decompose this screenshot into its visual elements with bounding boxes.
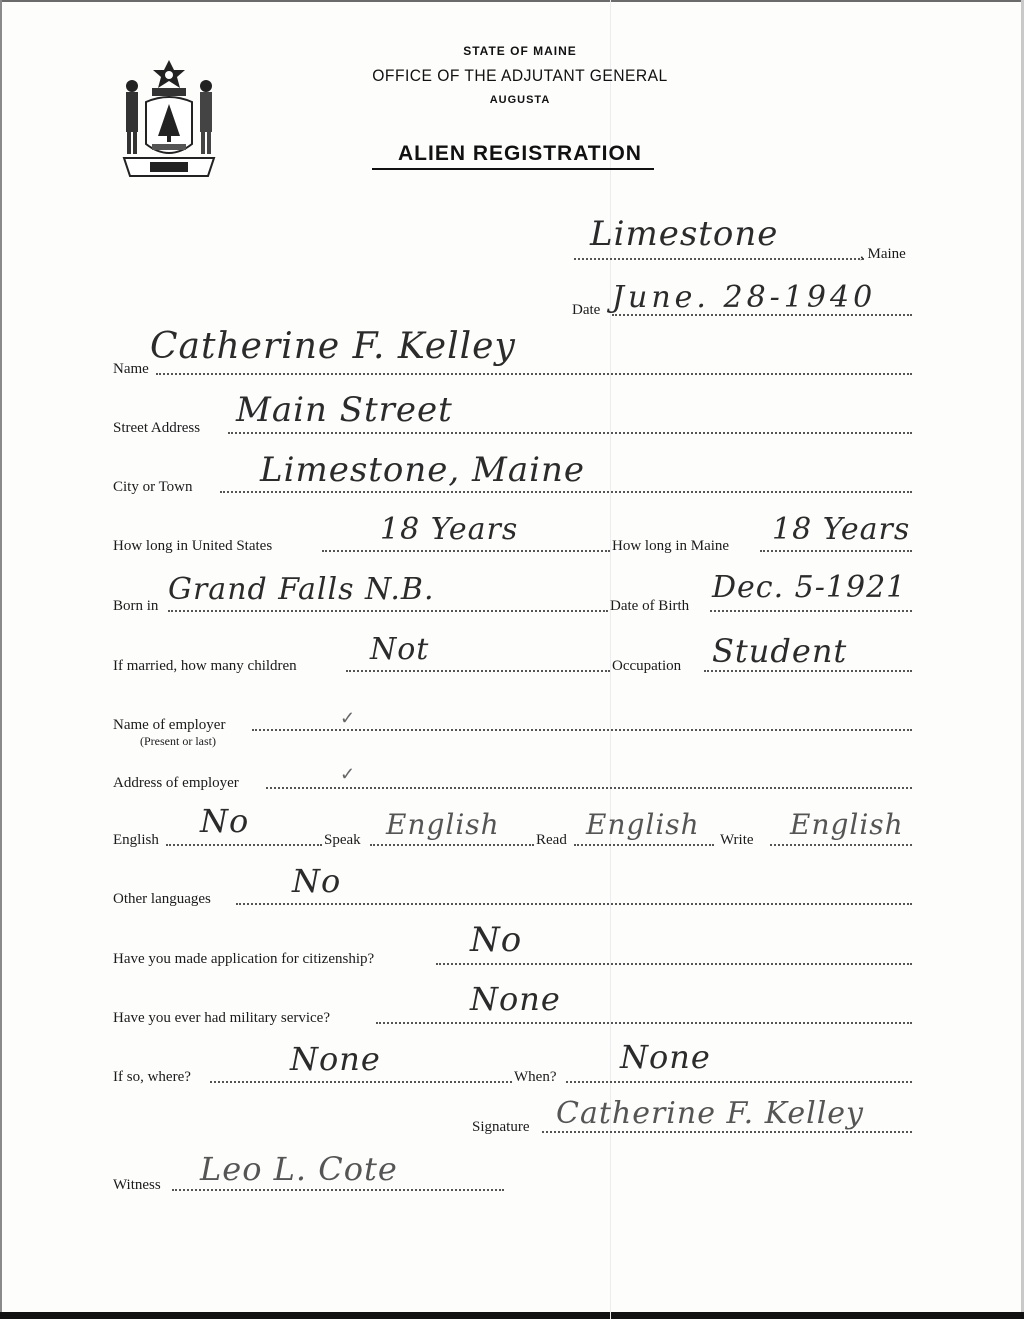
page-edge-left bbox=[0, 0, 2, 1319]
city-or-town-value: Limestone, Maine bbox=[260, 450, 585, 490]
header-city: AUGUSTA bbox=[350, 94, 690, 106]
town-line bbox=[574, 258, 864, 260]
street-address-line bbox=[228, 432, 912, 434]
how-long-maine-line bbox=[760, 550, 912, 552]
name-label: Name bbox=[113, 361, 149, 378]
header-state: STATE OF MAINE bbox=[350, 44, 690, 58]
english-label: English bbox=[113, 832, 159, 849]
employer-name-line bbox=[252, 729, 912, 731]
date-value: June. 28-1940 bbox=[612, 280, 876, 315]
employer-name-label: Name of employer bbox=[113, 717, 225, 734]
citizenship-value: No bbox=[470, 920, 522, 960]
header-office: OFFICE OF THE ADJUTANT GENERAL bbox=[364, 66, 677, 86]
read-value: English bbox=[586, 808, 700, 841]
signature-value: Catherine F. Kelley bbox=[556, 1096, 864, 1131]
city-or-town-label: City or Town bbox=[113, 479, 193, 496]
read-line bbox=[574, 844, 714, 846]
date-of-birth-line bbox=[710, 610, 912, 612]
speak-line bbox=[370, 844, 534, 846]
witness-line bbox=[172, 1189, 504, 1191]
how-long-maine-label: How long in Maine bbox=[612, 538, 729, 555]
page-edge-bottom bbox=[0, 1312, 1024, 1319]
witness-label: Witness bbox=[113, 1177, 161, 1194]
street-address-label: Street Address bbox=[113, 420, 200, 437]
maine-state-seal-icon bbox=[116, 58, 222, 182]
children-line bbox=[346, 670, 610, 672]
speak-value: English bbox=[386, 808, 500, 841]
born-in-label: Born in bbox=[113, 598, 158, 615]
where-label: If so, where? bbox=[113, 1069, 191, 1086]
employer-name-sublabel: (Present or last) bbox=[140, 734, 216, 749]
born-in-line bbox=[168, 610, 608, 612]
where-value: None bbox=[290, 1040, 381, 1078]
military-service-label: Have you ever had military service? bbox=[113, 1010, 330, 1027]
children-label: If married, how many children bbox=[113, 658, 297, 675]
speak-label: Speak bbox=[324, 832, 361, 849]
where-line bbox=[210, 1081, 512, 1083]
maine-suffix-label: , Maine bbox=[860, 246, 906, 263]
english-line bbox=[166, 844, 322, 846]
name-value: Catherine F. Kelley bbox=[150, 326, 516, 367]
how-long-us-label: How long in United States bbox=[113, 538, 272, 555]
how-long-us-line bbox=[322, 550, 610, 552]
children-value: Not bbox=[370, 632, 429, 667]
occupation-label: Occupation bbox=[612, 658, 681, 675]
signature-line bbox=[542, 1131, 912, 1133]
write-value: English bbox=[790, 808, 904, 841]
citizenship-label: Have you made application for citizenshi… bbox=[113, 951, 374, 968]
read-label: Read bbox=[536, 832, 567, 849]
write-label: Write bbox=[720, 832, 754, 849]
city-or-town-line bbox=[220, 491, 912, 493]
occupation-line bbox=[704, 670, 912, 672]
form-title: ALIEN REGISTRATION bbox=[350, 142, 690, 166]
when-line bbox=[566, 1081, 912, 1083]
employer-address-label: Address of employer bbox=[113, 775, 239, 792]
other-languages-label: Other languages bbox=[113, 891, 211, 908]
witness-value: Leo L. Cote bbox=[200, 1150, 398, 1188]
date-label: Date bbox=[572, 302, 600, 319]
name-line bbox=[156, 373, 912, 375]
date-of-birth-label: Date of Birth bbox=[610, 598, 689, 615]
military-service-line bbox=[376, 1022, 912, 1024]
employer-address-line bbox=[266, 787, 912, 789]
citizenship-line bbox=[436, 963, 912, 965]
other-languages-line bbox=[236, 903, 912, 905]
date-of-birth-value: Dec. 5-1921 bbox=[712, 570, 906, 605]
occupation-value: Student bbox=[712, 632, 847, 670]
born-in-value: Grand Falls N.B. bbox=[168, 572, 435, 607]
how-long-us-value: 18 Years bbox=[380, 512, 518, 547]
how-long-maine-value: 18 Years bbox=[772, 512, 910, 547]
employer-address-value: ✓ bbox=[340, 764, 356, 785]
write-line bbox=[770, 844, 912, 846]
military-service-value: None bbox=[470, 980, 561, 1018]
signature-label: Signature bbox=[472, 1119, 530, 1136]
town-value: Limestone bbox=[590, 214, 778, 254]
when-label: When? bbox=[514, 1069, 556, 1086]
when-value: None bbox=[620, 1038, 711, 1076]
other-languages-value: No bbox=[292, 862, 341, 900]
title-underline bbox=[372, 168, 654, 170]
page-edge-top bbox=[0, 0, 1024, 2]
employer-name-value: ✓ bbox=[340, 708, 356, 729]
english-value: No bbox=[200, 802, 249, 840]
street-address-value: Main Street bbox=[236, 390, 453, 430]
